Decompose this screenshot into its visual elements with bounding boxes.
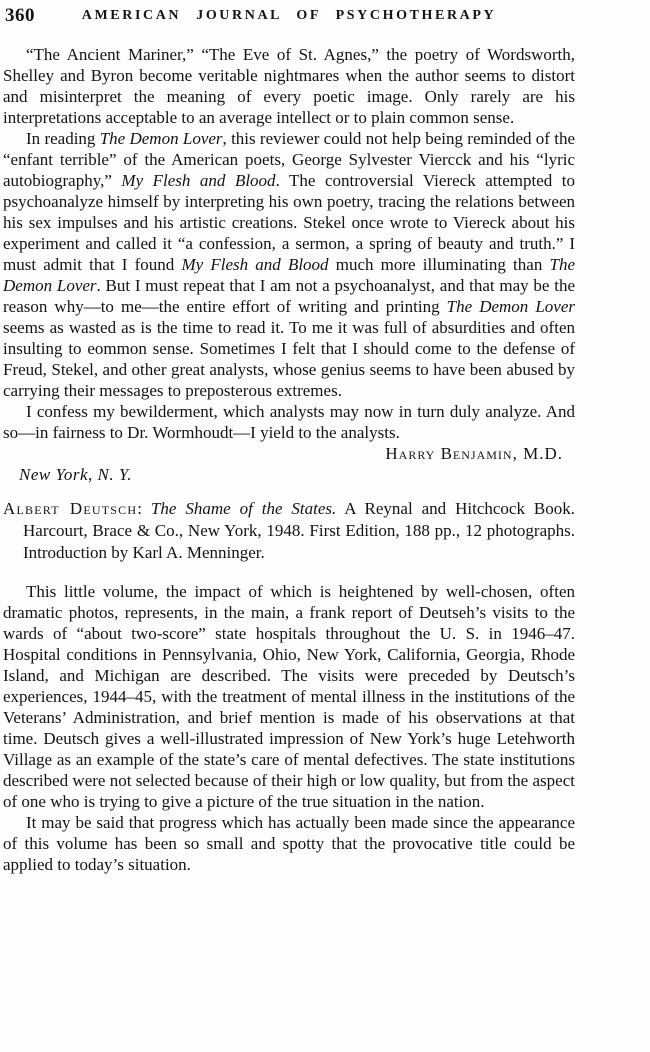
text-segment: This little volume, the impact of which … [3, 582, 575, 811]
journal-page: 360 AMERICAN JOURNAL OF PSYCHOTHERAPY “T… [0, 0, 650, 1052]
page-number: 360 [5, 5, 35, 27]
text-segment: : [137, 499, 151, 518]
text-segment: “The Ancient Mariner,” “The Eve of St. A… [3, 45, 575, 127]
text-segment: My Flesh and Blood [181, 255, 328, 274]
reviewer-signature: Harry Benjamin, M.D. [3, 443, 575, 464]
review-paragraph: It may be said that progress which has a… [3, 812, 575, 875]
review-paragraph: I confess my bewilderment, which analyst… [3, 401, 575, 443]
text-segment: The Demon Lover [100, 129, 223, 148]
text-segment: The Demon Lover [447, 297, 575, 316]
text-segment: Albert Deutsch [3, 499, 137, 518]
journal-title: AMERICAN JOURNAL OF PSYCHOTHERAPY [3, 5, 575, 24]
text-segment: much more illuminating than [329, 255, 550, 274]
page-header: 360 AMERICAN JOURNAL OF PSYCHOTHERAPY [3, 5, 575, 27]
text-segment: My Flesh and Blood [121, 171, 275, 190]
review-paragraph: This little volume, the impact of which … [3, 581, 575, 812]
review-paragraph: “The Ancient Mariner,” “The Eve of St. A… [3, 44, 575, 128]
page-content: 360 AMERICAN JOURNAL OF PSYCHOTHERAPY “T… [3, 5, 575, 875]
text-segment: seems as wasted as is the time to read i… [3, 318, 575, 400]
text-segment: In reading [26, 129, 100, 148]
text-segment: I confess my bewilderment, which analyst… [3, 402, 575, 442]
text-segment: It may be said that progress which has a… [3, 813, 575, 874]
review-paragraph: In reading The Demon Lover, this reviewe… [3, 128, 575, 401]
reviewer-location: New York, N. Y. [3, 464, 575, 486]
text-segment: The Shame of the States. [151, 499, 336, 518]
book-citation: Albert Deutsch: The Shame of the States.… [3, 498, 575, 564]
